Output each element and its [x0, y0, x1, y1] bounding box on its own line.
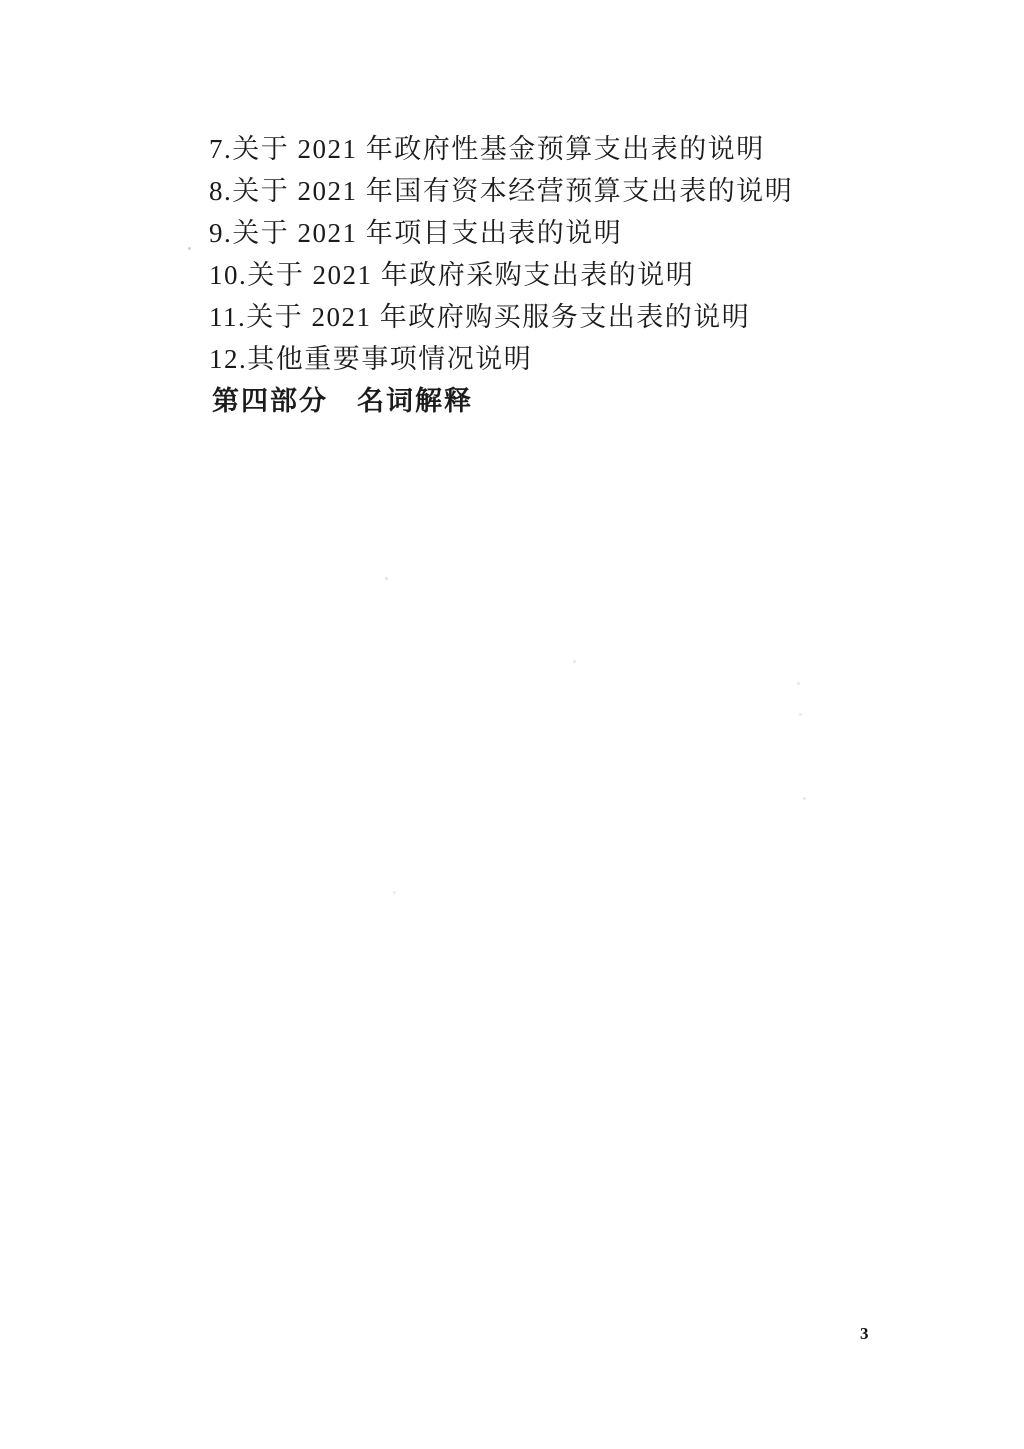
section-heading: 第四部分 名词解释 [209, 380, 793, 422]
scan-speck [393, 891, 396, 894]
toc-item-8: 8.关于 2021 年国有资本经营预算支出表的说明 [209, 170, 793, 212]
scan-speck [573, 660, 576, 663]
scan-speck [799, 713, 802, 716]
scan-speck [797, 682, 800, 685]
toc-item-12: 12.其他重要事项情况说明 [209, 338, 793, 380]
table-of-contents: 7.关于 2021 年政府性基金预算支出表的说明 8.关于 2021 年国有资本… [209, 128, 793, 422]
page-number: 3 [860, 1324, 869, 1344]
toc-item-11: 11.关于 2021 年政府购买服务支出表的说明 [209, 296, 793, 338]
scan-speck [803, 797, 806, 800]
toc-item-7: 7.关于 2021 年政府性基金预算支出表的说明 [209, 128, 793, 170]
scan-speck [188, 247, 191, 250]
document-page: 7.关于 2021 年政府性基金预算支出表的说明 8.关于 2021 年国有资本… [0, 0, 1024, 1449]
toc-item-10: 10.关于 2021 年政府采购支出表的说明 [209, 254, 793, 296]
toc-item-9: 9.关于 2021 年项目支出表的说明 [209, 212, 793, 254]
scan-speck [385, 577, 388, 580]
